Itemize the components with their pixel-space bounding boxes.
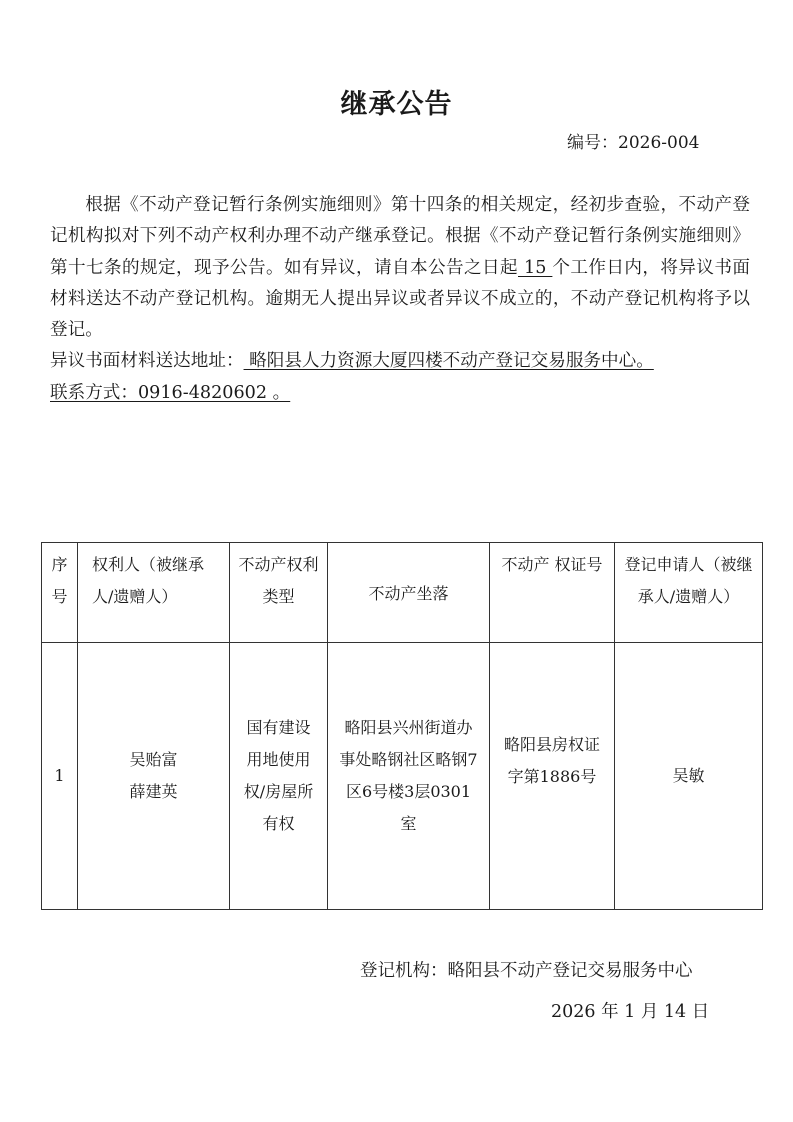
address-value: 略阳县人力资源大厦四楼不动产登记交易服务中心。 — [244, 351, 654, 371]
cell-location: 略阳县兴州街道办事处略钢社区略钢7区6号楼3层0301室 — [328, 643, 490, 910]
page-title: 继承公告 — [0, 82, 793, 121]
certificate-number: 略阳县房权证字第1886号 — [500, 729, 604, 793]
header-right-holder: 权利人（被继承人/遗赠人） — [78, 543, 230, 643]
address-line: 异议书面材料送达地址： 略阳县人力资源大厦四楼不动产登记交易服务中心。 — [50, 346, 750, 377]
registration-organization: 登记机构：略阳县不动产登记交易服务中心 — [360, 957, 693, 982]
header-right-type: 不动产权利类型 — [230, 543, 328, 643]
cell-applicant: 吴敏 — [615, 643, 763, 910]
announcement-body: 根据《不动产登记暂行条例实施细则》第十四条的相关规定，经初步查验，不动产登记机构… — [50, 190, 750, 409]
header-applicant: 登记申请人（被继承人/遗赠人） — [615, 543, 763, 643]
property-table: 序号 权利人（被继承人/遗赠人） 不动产权利类型 不动产坐落 不动产 权证号 登… — [41, 542, 763, 910]
table-header-row: 序号 权利人（被继承人/遗赠人） 不动产权利类型 不动产坐落 不动产 权证号 登… — [42, 543, 763, 643]
document-number: 编号：2026-004 — [567, 128, 699, 153]
right-holder-name: 吴贻富 — [84, 744, 223, 776]
cell-right-holders: 吴贻富 薛建英 — [78, 643, 230, 910]
contact-line: 联系方式：0916-4820602 。 — [50, 378, 750, 409]
cell-no: 1 — [42, 643, 78, 910]
announcement-date: 2026 年 1 月 14 日 — [551, 998, 709, 1023]
right-holder-name: 薛建英 — [84, 776, 223, 808]
table-row: 1 吴贻富 薛建英 国有建设用地使用权/房屋所有权 略阳县兴州街道办事处略钢社区… — [42, 643, 763, 910]
header-no: 序号 — [42, 543, 78, 643]
address-label: 异议书面材料送达地址： — [50, 351, 244, 371]
cell-certificate: 略阳县房权证字第1886号 — [490, 643, 615, 910]
objection-days: 15 — [518, 258, 552, 278]
header-location: 不动产坐落 — [328, 543, 490, 643]
cell-right-type: 国有建设用地使用权/房屋所有权 — [230, 643, 328, 910]
contact-info: 联系方式：0916-4820602 。 — [50, 383, 290, 403]
announcement-paragraph: 根据《不动产登记暂行条例实施细则》第十四条的相关规定，经初步查验，不动产登记机构… — [50, 190, 750, 346]
header-certificate: 不动产 权证号 — [490, 543, 615, 643]
